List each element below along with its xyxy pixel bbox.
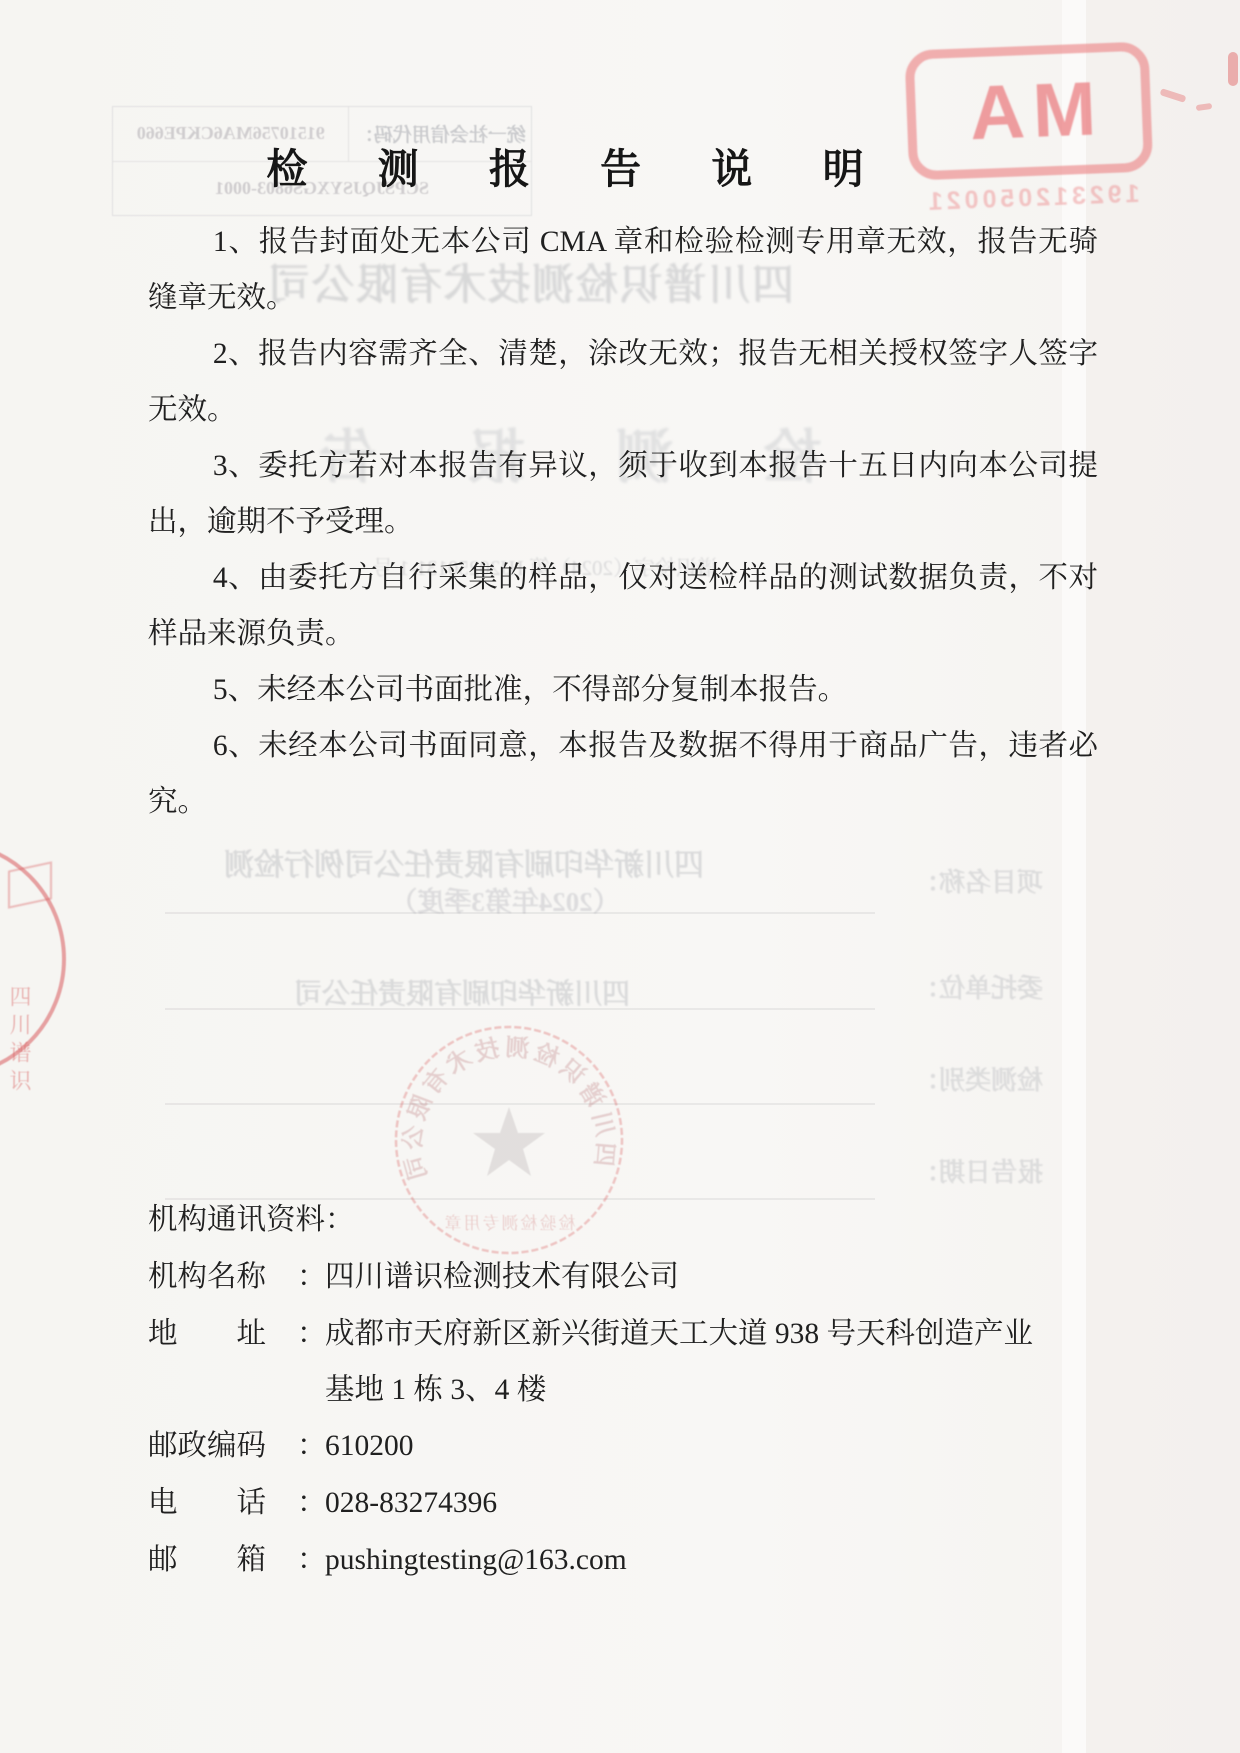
red-ink-smudge: [1196, 103, 1213, 111]
contact-row-email: 邮 箱 ： pushingtesting@163.com: [148, 1532, 1098, 1589]
postcode-value: 610200: [325, 1418, 414, 1475]
bleedthrough-label-client: 委托单位：: [912, 968, 1044, 1005]
contact-colon: ：: [297, 1475, 325, 1532]
note-paragraph-5: 5、未经本公司书面批准，不得部分复制本报告。: [148, 662, 1098, 718]
contact-row-address: 地 址 ： 成都市天府新区新兴街道天工大道 938 号天科创造产业: [148, 1306, 1098, 1363]
contact-label: 机构名称: [148, 1249, 297, 1306]
note-paragraph-3: 3、委托方若对本报告有异议，须于收到本报告十五日内向本公司提出，逾期不予受理。: [148, 438, 1098, 550]
left-stamp-text-fragment: 四川谱识: [4, 985, 35, 1097]
note-paragraph-2: 2、报告内容需齐全、清楚，涂改无效；报告无相关授权签字人签字无效。: [148, 326, 1098, 438]
address-value-line2: 基地 1 栋 3、4 楼: [325, 1363, 1098, 1418]
red-ink-smudge: [1160, 88, 1187, 103]
red-ink-smudge: [1228, 52, 1238, 86]
bleedthrough-project-value: 四川新华印刷有限责任公司例行检测: [268, 840, 704, 884]
report-notes: 1、报告封面处无本公司 CMA 章和检验检测专用章无效，报告无骑缝章无效。 2、…: [148, 214, 1098, 830]
contact-row-phone: 电 话 ： 028-83274396: [148, 1475, 1098, 1532]
note-paragraph-6: 6、未经本公司书面同意，本报告及数据不得用于商品广告，违者必究。: [148, 718, 1098, 830]
bleedthrough-label-project-name: 项目名称：: [912, 862, 1044, 899]
contact-colon: ：: [297, 1306, 325, 1363]
contact-row-org-name: 机构名称 ： 四川谱识检测技术有限公司: [148, 1249, 1098, 1306]
contact-info-block: 机构通讯资料： 机构名称 ： 四川谱识检测技术有限公司 地 址 ： 成都市天府新…: [148, 1192, 1098, 1589]
address-value-line1: 成都市天府新区新兴街道天工大道 938 号天科创造产业: [325, 1306, 1033, 1363]
email-value: pushingtesting@163.com: [325, 1532, 627, 1589]
contact-label: 邮政编码: [148, 1418, 297, 1475]
contact-label: 邮 箱: [148, 1532, 297, 1589]
bleedthrough-client-value: 四川新华印刷有限责任公司: [330, 972, 630, 1012]
contact-label: 电 话: [148, 1475, 297, 1532]
note-paragraph-4: 4、由委托方自行采集的样品，仅对送检样品的测试数据负责，不对样品来源负责。: [148, 550, 1098, 662]
contact-heading: 机构通讯资料：: [148, 1192, 1098, 1249]
contact-colon: ：: [297, 1418, 325, 1475]
contact-colon: ：: [297, 1249, 325, 1306]
contact-label: 地 址: [148, 1306, 297, 1363]
bleedthrough-underline: [165, 1008, 875, 1010]
bleedthrough-label-test-type: 检测类别：: [912, 1060, 1044, 1097]
note-paragraph-1: 1、报告封面处无本公司 CMA 章和检验检测专用章无效，报告无骑缝章无效。: [148, 214, 1098, 326]
page-title: 检 测 报 告 说 明: [0, 136, 1130, 195]
bleedthrough-label-report-date: 报告日期：: [912, 1152, 1044, 1189]
scanned-report-page: 统一社会信用代码： 91510756MA6CKPE660 SCPSJQJSYXG…: [0, 0, 1240, 1753]
scan-edge-strip: [1086, 0, 1240, 1753]
contact-colon: ：: [297, 1532, 325, 1589]
contact-row-postcode: 邮政编码 ： 610200: [148, 1418, 1098, 1475]
bleedthrough-underline: [165, 912, 875, 914]
org-name-value: 四川谱识检测技术有限公司: [325, 1249, 679, 1306]
phone-value: 028-83274396: [325, 1475, 497, 1532]
seal-star-icon: [473, 1107, 545, 1176]
